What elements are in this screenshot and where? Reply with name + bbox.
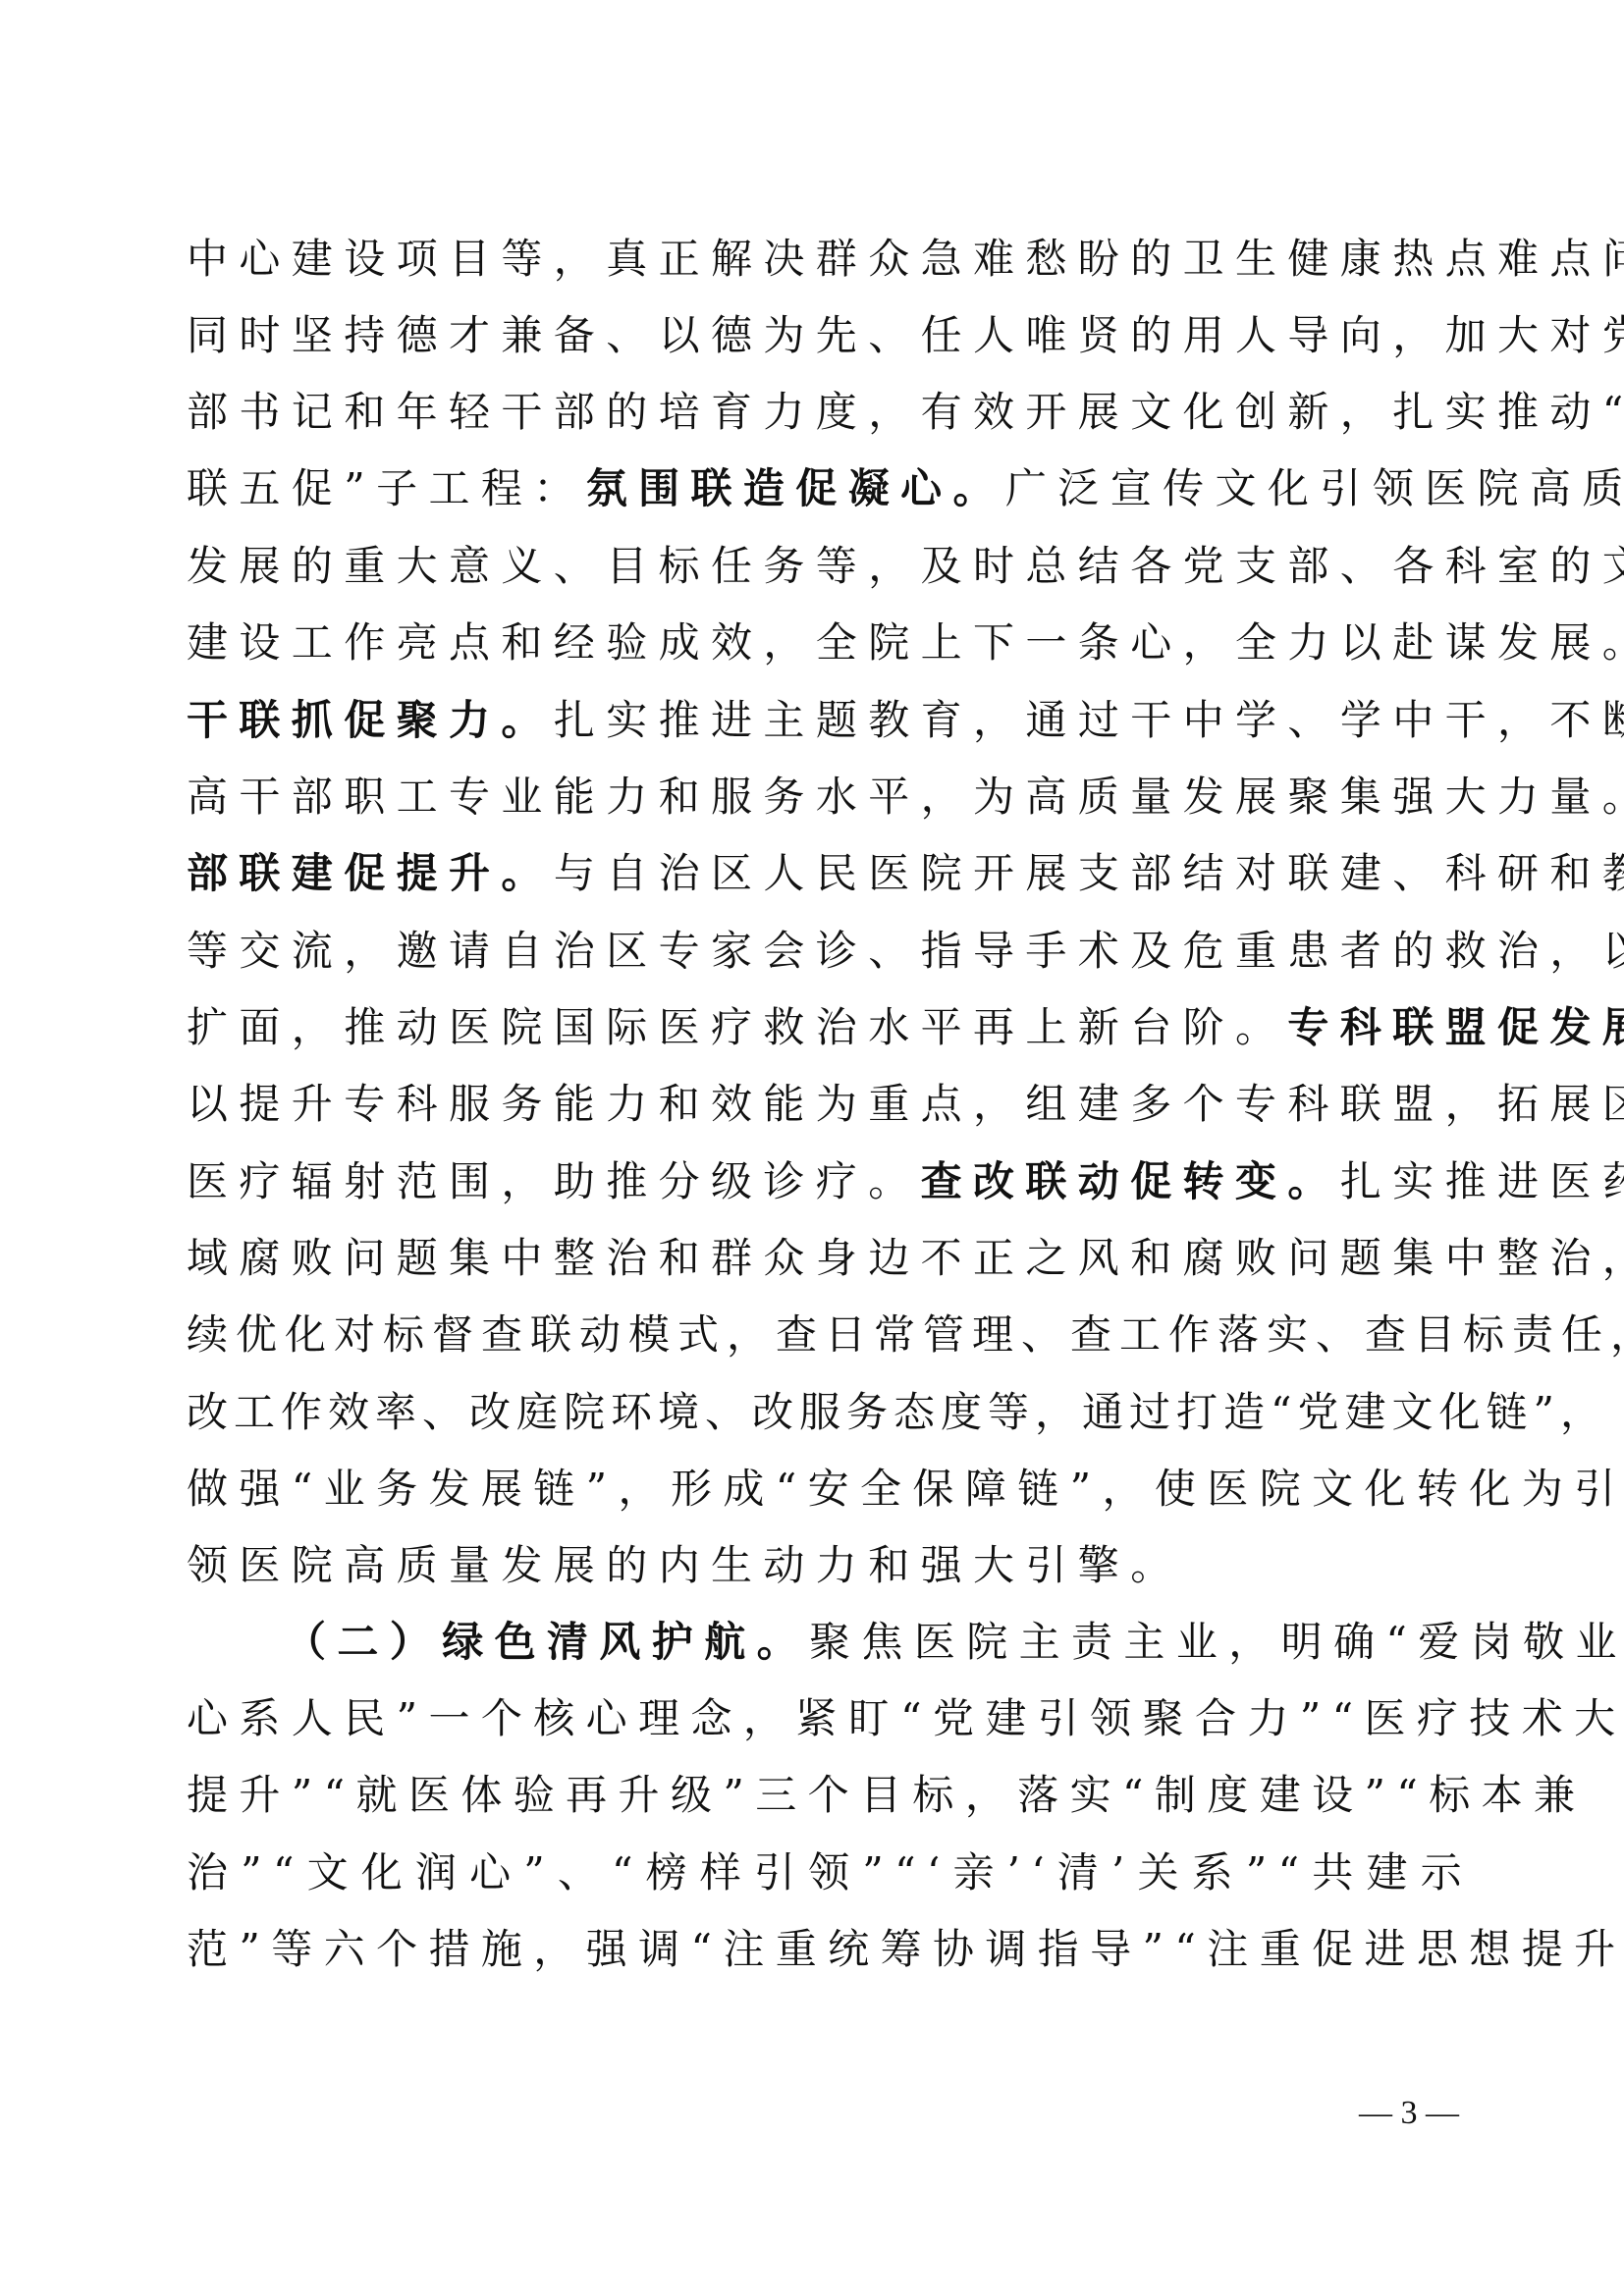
bold-subheading: 专科联盟促发展。 [1287,1003,1624,1051]
text-line: 部书记和年轻干部的培育力度，有效开展文化创新，扎实推动“五 [187,385,1473,440]
text-segment: 续优化对标督查联动模式，查日常管理、查工作落实、查目标责任， [187,1310,1624,1359]
text-line: 提升”“就医体验再升级”三个目标，落实“制度建设”“标本兼 [187,1768,1473,1823]
text-segment: 扩面，推动医院国际医疗救治水平再上新台阶。 [187,1003,1287,1051]
text-segment: 聚焦医院主责主业，明确“爱岗敬业、 [809,1618,1624,1666]
text-line: 做强“业务发展链”，形成“安全保障链”，使医院文化转化为引 [187,1462,1473,1517]
text-line: 部联建促提升。与自治区人民医院开展支部结对联建、科研和教学 [187,846,1473,901]
text-segment: 医疗辐射范围，助推分级诊疗。 [187,1157,921,1205]
text-line: 扩面，推动医院国际医疗救治水平再上新台阶。专科联盟促发展。 [187,1000,1473,1055]
text-segment: 同时坚持德才兼备、以德为先、任人唯贤的用人导向，加大对党支 [187,311,1624,359]
text-segment: 域腐败问题集中整治和群众身边不正之风和腐败问题集中整治，持 [187,1234,1624,1282]
text-line: 同时坚持德才兼备、以德为先、任人唯贤的用人导向，加大对党支 [187,308,1473,363]
text-segment: 高干部职工专业能力和服务水平，为高质量发展聚集强大力量。 [187,773,1624,821]
section-heading-line: （二）绿色清风护航。聚焦医院主责主业，明确“爱岗敬业、 [285,1615,1473,1670]
text-line: 等交流，邀请自治区专家会诊、指导手术及危重患者的救治，以点 [187,924,1473,979]
text-segment: 等交流，邀请自治区专家会诊、指导手术及危重患者的救治，以点 [187,927,1624,975]
text-segment: 发展的重大意义、目标任务等，及时总结各党支部、各科室的文化 [187,542,1624,590]
text-line: 联五促”子工程：氛围联造促凝心。广泛宣传文化引领医院高质量 [187,461,1473,516]
bold-subheading: 氛围联造促凝心。 [586,464,1005,512]
text-segment: 广泛宣传文化引领医院高质量 [1005,464,1624,512]
text-line: 干联抓促聚力。扎实推进主题教育，通过干中学、学中干，不断提 [187,693,1473,748]
text-segment: 治”“文化润心”、“榜样引领”“‘亲’‘清’关系”“共建示 [187,1848,1473,1896]
text-segment: 提升”“就医体验再升级”三个目标，落实“制度建设”“标本兼 [187,1771,1586,1819]
text-segment: 扎实推进医药领 [1340,1157,1624,1205]
text-segment: 与自治区人民医院开展支部结对联建、科研和教学 [554,849,1624,897]
bold-subheading: 查改联动促转变。 [921,1157,1340,1205]
text-line: 心系人民”一个核心理念，紧盯“党建引领聚合力”“医疗技术大 [187,1691,1473,1746]
text-segment: 以提升专科服务能力和效能为重点，组建多个专科联盟，拓展区域 [187,1080,1624,1128]
text-segment: 中心建设项目等，真正解决群众急难愁盼的卫生健康热点难点问题。 [187,235,1624,283]
text-line: 医疗辐射范围，助推分级诊疗。查改联动促转变。扎实推进医药领 [187,1154,1473,1209]
text-line: 中心建设项目等，真正解决群众急难愁盼的卫生健康热点难点问题。 [187,232,1473,287]
text-segment: 做强“业务发展链”，形成“安全保障链”，使医院文化转化为引 [187,1465,1624,1513]
text-line: 领医院高质量发展的内生动力和强大引擎。 [187,1538,1473,1593]
text-line: 发展的重大意义、目标任务等，及时总结各党支部、各科室的文化 [187,539,1473,594]
text-segment: 扎实推进主题教育，通过干中学、学中干，不断提 [554,696,1624,744]
text-line: 建设工作亮点和经验成效，全院上下一条心，全力以赴谋发展。学 [187,615,1473,670]
text-line: 高干部职工专业能力和服务水平，为高质量发展聚集强大力量。支 [187,770,1473,825]
text-segment: 联五促”子工程： [187,464,586,512]
text-line: 域腐败问题集中整治和群众身边不正之风和腐败问题集中整治，持 [187,1231,1473,1286]
text-segment: 领医院高质量发展的内生动力和强大引擎。 [187,1541,1183,1589]
page-number: — 3 — [1335,2089,1483,2138]
bold-subheading: 干联抓促聚力。 [187,696,554,744]
text-line: 续优化对标督查联动模式，查日常管理、查工作落实、查目标责任， [187,1308,1473,1362]
text-segment: 改工作效率、改庭院环境、改服务态度等，通过打造“党建文化链”， [187,1388,1607,1436]
text-segment: 建设工作亮点和经验成效，全院上下一条心，全力以赴谋发展。 [187,618,1624,667]
text-segment: 部书记和年轻干部的培育力度，有效开展文化创新，扎实推动“五 [187,388,1624,436]
section-heading: （二）绿色清风护航。 [285,1618,809,1666]
text-segment: 范”等六个措施，强调“注重统筹协调指导”“注重促进思想提升” [187,1925,1624,1973]
text-line: 范”等六个措施，强调“注重统筹协调指导”“注重促进思想提升” [187,1922,1473,1977]
document-page: 中心建设项目等，真正解决群众急难愁盼的卫生健康热点难点问题。 同时坚持德才兼备、… [0,0,1624,2296]
bold-subheading: 部联建促提升。 [187,849,554,897]
text-line: 治”“文化润心”、“榜样引领”“‘亲’‘清’关系”“共建示 [187,1845,1473,1900]
text-segment: 心系人民”一个核心理念，紧盯“党建引领聚合力”“医疗技术大 [187,1694,1624,1742]
text-line: 改工作效率、改庭院环境、改服务态度等，通过打造“党建文化链”， [187,1385,1473,1440]
text-line: 以提升专科服务能力和效能为重点，组建多个专科联盟，拓展区域 [187,1077,1473,1132]
